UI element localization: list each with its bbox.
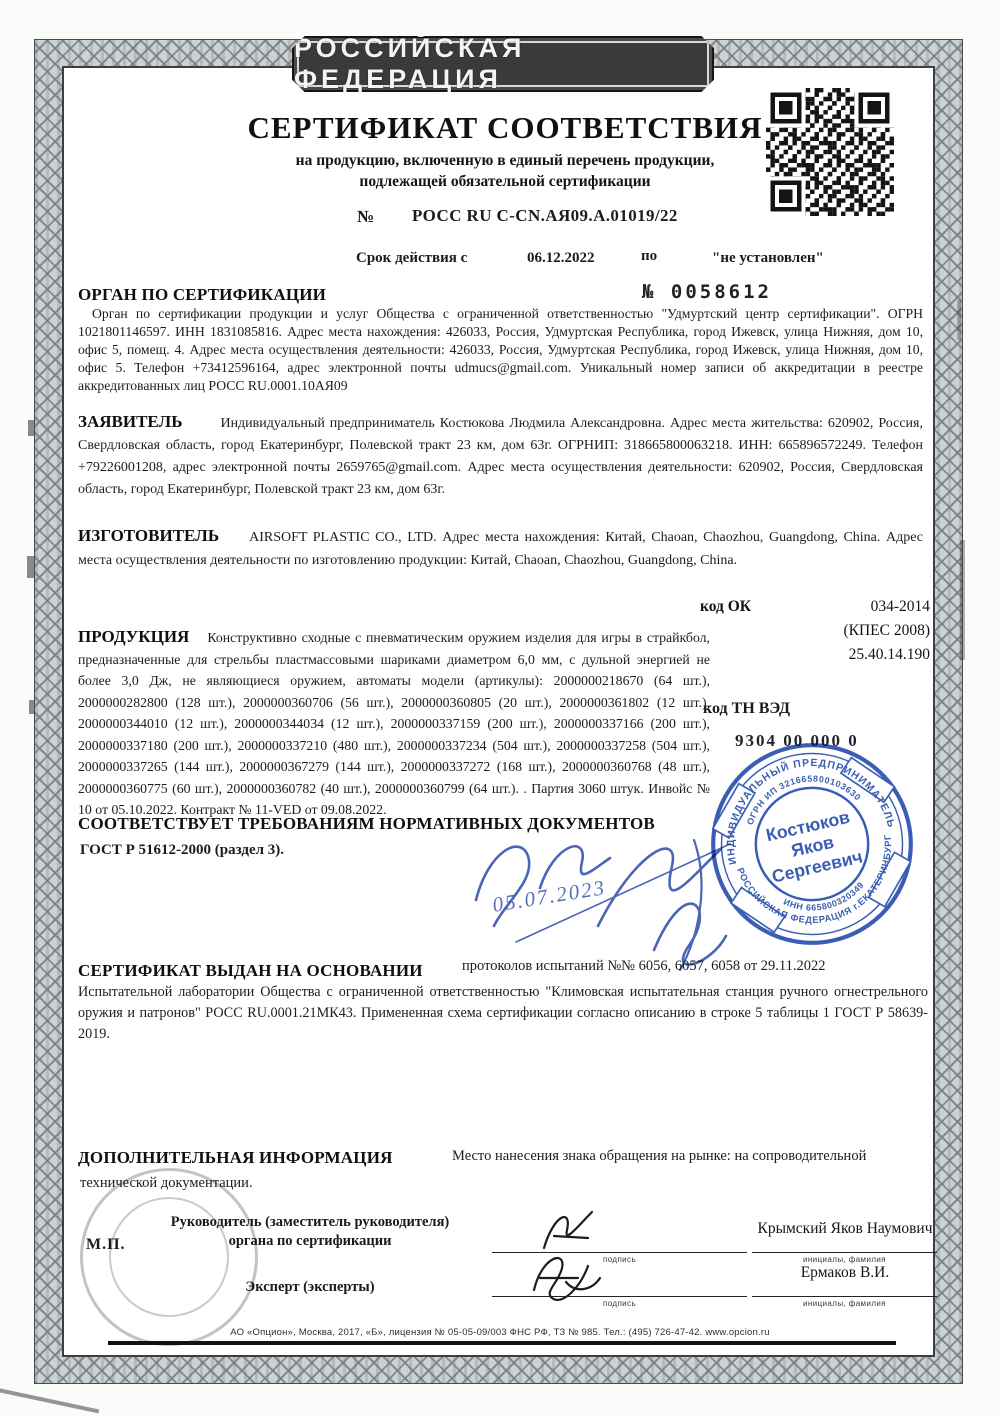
issued-body: Испытательной лаборатории Общества с огр… bbox=[78, 982, 928, 1045]
certificate-subtitle-2: подлежащей обязательной сертификации bbox=[150, 173, 860, 191]
country-plaque-label: РОССИЙСКАЯ ФЕДЕРАЦИЯ bbox=[294, 33, 712, 95]
country-plaque: РОССИЙСКАЯ ФЕДЕРАЦИЯ bbox=[292, 36, 714, 92]
certificate-page: { "header": { "country_plaque": "РОССИЙС… bbox=[0, 0, 1000, 1417]
certificate-title: СЕРТИФИКАТ СООТВЕТСТВИЯ bbox=[150, 110, 860, 146]
org-body: Орган по сертификации продукции и услуг … bbox=[78, 305, 923, 395]
expert-name-line bbox=[752, 1296, 937, 1297]
validity-to-value: "не установлен" bbox=[712, 250, 824, 267]
footer-rule bbox=[108, 1341, 896, 1345]
scan-artifact bbox=[27, 556, 34, 578]
expert-role: Эксперт (эксперты) bbox=[140, 1279, 480, 1296]
head-role-line2: органа по сертификации bbox=[140, 1233, 480, 1250]
head-role-line1: Руководитель (заместитель руководителя) bbox=[140, 1214, 480, 1231]
ok-code-label: код ОК bbox=[700, 598, 751, 616]
production-paragraph: ПРОДУКЦИЯКонструктивно сходные с пневмат… bbox=[78, 626, 710, 821]
certificate-subtitle-1: на продукцию, включенную в единый перече… bbox=[150, 152, 860, 170]
validity-po-label: по bbox=[641, 248, 657, 265]
scan-artifact bbox=[960, 540, 965, 660]
head-signature bbox=[536, 1204, 626, 1254]
applicant-body: Индивидуальный предприниматель Костюкова… bbox=[78, 416, 923, 497]
ok-code-value: 034-2014 bbox=[871, 598, 930, 616]
scan-artifact bbox=[0, 1387, 99, 1414]
scan-artifact bbox=[957, 300, 961, 340]
scan-artifact bbox=[29, 700, 34, 714]
expert-signature-line bbox=[492, 1296, 747, 1297]
additional-right-text: Место нанесения знака обращения на рынке… bbox=[452, 1148, 930, 1165]
conformity-standard: ГОСТ Р 51612-2000 (раздел 3). bbox=[80, 842, 284, 859]
additional-heading: ДОПОЛНИТЕЛЬНАЯ ИНФОРМАЦИЯ bbox=[78, 1148, 393, 1168]
production-body: Конструктивно сходные с пневматическим о… bbox=[78, 630, 710, 817]
scan-artifact bbox=[28, 420, 34, 436]
manufacturer-heading: ИЗГОТОВИТЕЛЬ bbox=[78, 526, 219, 545]
blank-serial-number: № 0058612 bbox=[642, 281, 772, 303]
tnved-label: код ТН ВЭД bbox=[703, 700, 790, 718]
mp-place-of-seal: М.П. bbox=[86, 1236, 126, 1254]
head-name-line bbox=[752, 1252, 937, 1253]
head-name-caption: инициалы, фамилия bbox=[752, 1255, 937, 1264]
cert-number-value: РОСС RU C-CN.АЯ09.А.01019/22 bbox=[412, 206, 678, 226]
head-name: Крымский Яков Наумович bbox=[750, 1220, 940, 1238]
manufacturer-paragraph: ИЗГОТОВИТЕЛЬAIRSOFT PLASTIC CO., LTD. Ад… bbox=[78, 524, 923, 572]
expert-signature-caption: подпись bbox=[492, 1299, 747, 1308]
applicant-heading: ЗАЯВИТЕЛЬ bbox=[78, 412, 182, 431]
validity-label: Срок действия с bbox=[356, 250, 467, 267]
production-heading: ПРОДУКЦИЯ bbox=[78, 627, 189, 646]
applicant-paragraph: ЗАЯВИТЕЛЬИндивидуальный предприниматель … bbox=[78, 411, 923, 501]
printer-imprint: АО «Опцион», Москва, 2017, «Б», лицензия… bbox=[150, 1327, 850, 1338]
kpes-label: (КПЕС 2008) bbox=[700, 622, 930, 640]
ok-code-block: код ОК 034-2014 (КПЕС 2008) 25.40.14.190 bbox=[700, 598, 930, 664]
validity-from-date: 06.12.2022 bbox=[527, 250, 595, 267]
expert-name: Ермаков В.И. bbox=[750, 1264, 940, 1282]
issued-heading: СЕРТИФИКАТ ВЫДАН НА ОСНОВАНИИ bbox=[78, 961, 423, 981]
okpd-code-value: 25.40.14.190 bbox=[700, 646, 930, 664]
cert-number-label: № bbox=[357, 207, 374, 227]
expert-name-caption: инициалы, фамилия bbox=[752, 1299, 937, 1308]
issued-protocols: протоколов испытаний №№ 6056, 6057, 6058… bbox=[462, 958, 932, 975]
org-heading: ОРГАН ПО СЕРТИФИКАЦИИ bbox=[78, 285, 326, 305]
